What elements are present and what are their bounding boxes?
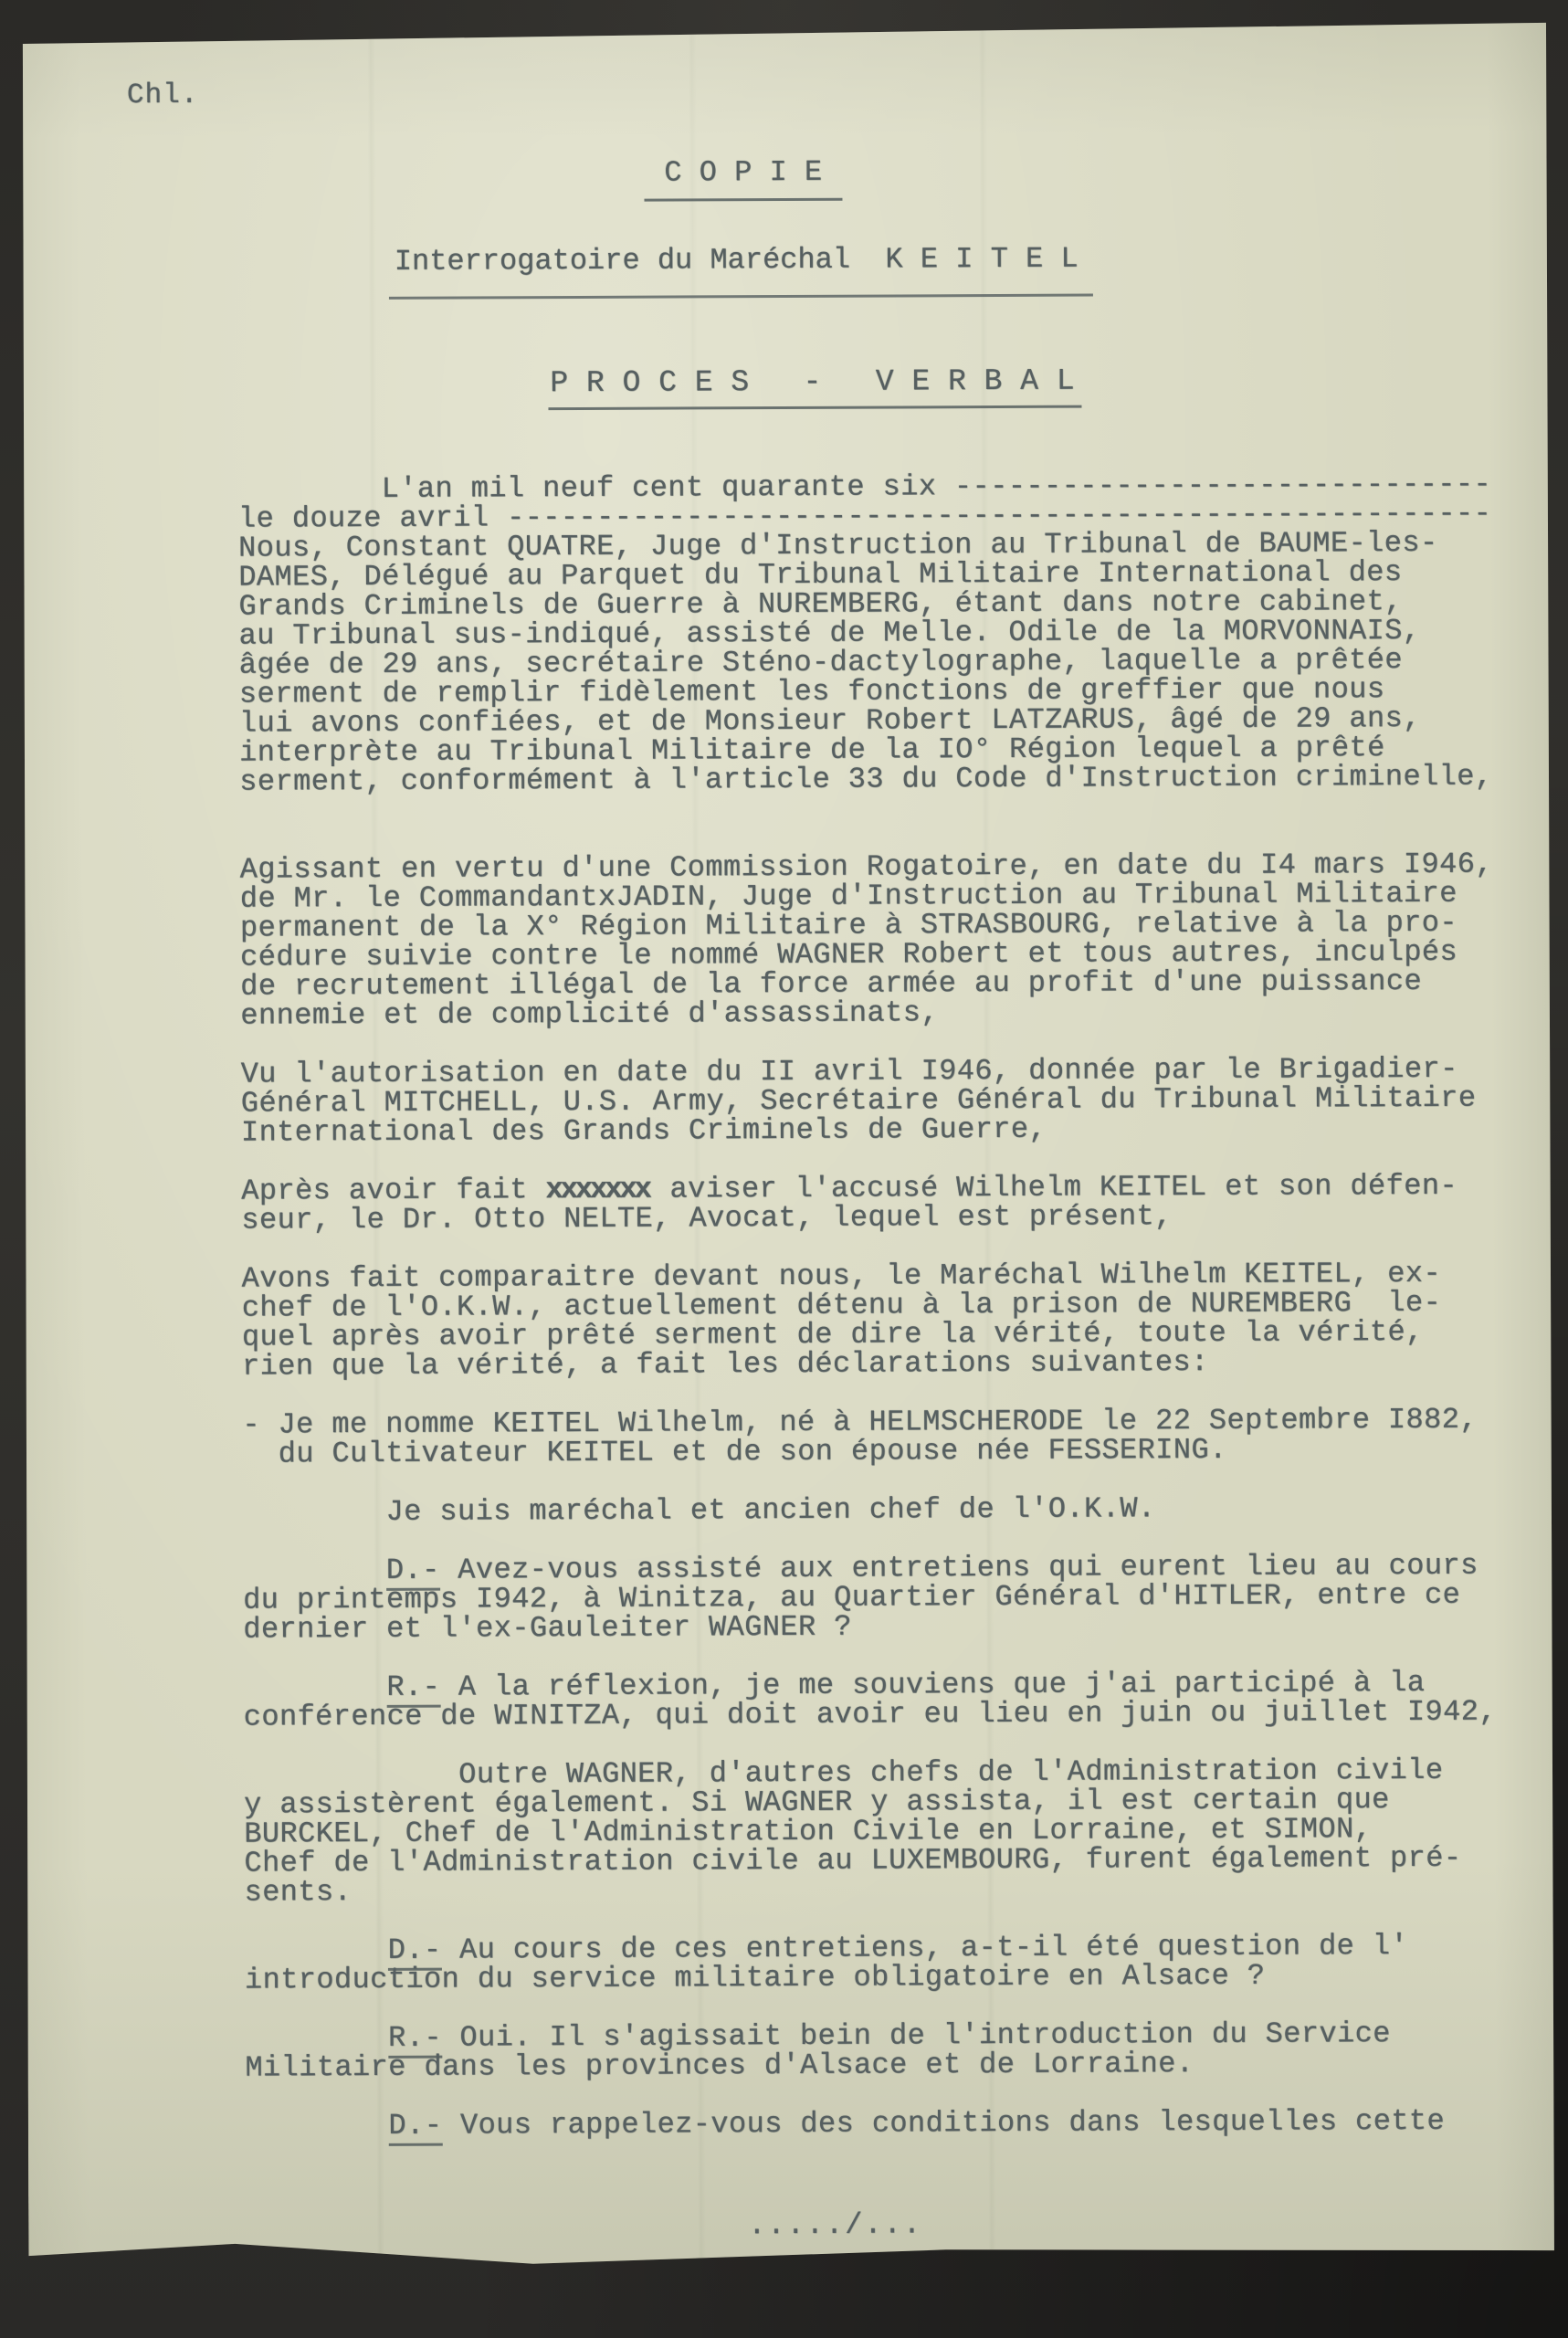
body-line: seur, le Dr. Otto NELTE, Avocat, lequel … [241,1201,1520,1236]
body-line: conférence de WINITZA, qui doit avoir eu… [244,1697,1522,1732]
document-body: L'an mil neuf cent quarante six --------… [238,470,1524,2142]
paragraph: R.- Oui. Il s'agissait bein de l'introdu… [245,2018,1523,2082]
paragraph: D.- Avez-vous assisté aux entretiens qui… [243,1552,1521,1645]
body-line: du printemps I942, à Winitza, au Quartie… [243,1581,1521,1616]
question-answer-mark: D.- [388,2109,442,2146]
paragraph: - Je me nomme KEITEL Wilhelm, né à HELMS… [242,1406,1521,1469]
paragraph: D.- Au cours de ces entretiens, a-t-il é… [245,1931,1523,1995]
body-line: Chef de l'Administration civile au LUXEM… [244,1843,1522,1878]
corner-mark: Chl. [127,79,199,111]
body-line: serment, conformément à l'article 33 du … [239,763,1518,797]
paragraph: Agissant en vertu d'une Commission Rogat… [240,850,1520,1031]
footer-continuation-mark: ...../... [748,2207,922,2242]
body-line: dernier et l'ex-Gauleiter WAGNER ? [243,1610,1521,1645]
paragraph: Je suis maréchal et ancien chef de l'O.K… [243,1493,1521,1528]
body-line: du Cultivateur KEITEL et de son épouse n… [242,1435,1521,1469]
scan-background: Chl. C O P I E Interrogatoire du Marécha… [0,0,1568,2338]
document-page: Chl. C O P I E Interrogatoire du Marécha… [19,20,1558,2268]
body-line: ennemie et de complicité d'assassinats, [240,996,1519,1031]
paragraph: Avons fait comparaitre devant nous, le M… [242,1259,1521,1382]
paragraph: L'an mil neuf cent quarante six --------… [238,470,1519,797]
paragraph: R.- A la réflexion, je me souviens que j… [244,1668,1522,1732]
body-line: introduction du service militaire obliga… [245,1960,1523,1995]
document-subtitle: Interrogatoire du Maréchal K E I T E L [389,242,1093,300]
paragraph: D.- Vous rappelez-vous des conditions da… [246,2106,1524,2141]
paragraph: Après avoir fait xxxxxxx aviser l'accusé… [241,1172,1520,1236]
document-title: C O P I E [644,155,842,202]
body-line: D.- Vous rappelez-vous des conditions da… [246,2106,1524,2141]
body-line: Je suis maréchal et ancien chef de l'O.K… [243,1493,1521,1528]
paragraph: Outre WAGNER, d'autres chefs de l'Admini… [244,1755,1523,1907]
paragraph: Vu l'autorisation en date du II avril I9… [241,1055,1520,1148]
document-heading: P R O C E S - V E R B A L [548,364,1082,411]
body-line: rien que la vérité, a fait les déclarati… [242,1347,1521,1382]
body-line: Militaire dans les provinces d'Alsace et… [245,2048,1523,2082]
body-line: International des Grands Criminels de Gu… [241,1113,1520,1148]
